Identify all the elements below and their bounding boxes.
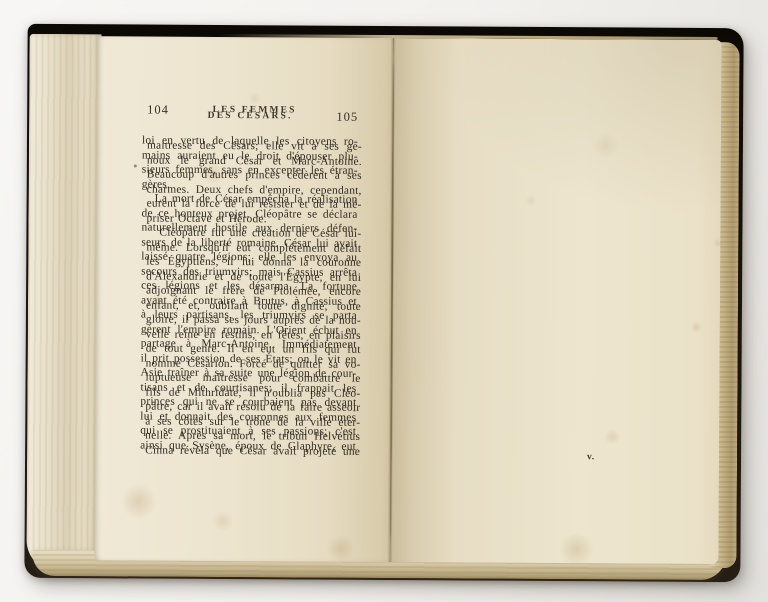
text-line: mains auraient eu le droit d'épouser plu… <box>142 148 358 164</box>
text-line: La mort de César empêcha la réalisation <box>142 192 358 208</box>
text-line: partage à Marc-Antoine. Immédiatement <box>141 337 357 353</box>
ink-speck <box>134 164 137 167</box>
text-line: ces légions et les désarma. La fortune <box>141 279 357 295</box>
text-line: tisans et de courtisanes; il frappait le… <box>140 380 356 396</box>
foxing-stain <box>119 484 159 518</box>
foxing-stain <box>200 162 226 184</box>
foxing-stain <box>146 293 166 311</box>
text-line: secours des triumvirs; mais Cassius arrê… <box>141 264 357 280</box>
foxing-stain <box>712 238 723 248</box>
foxing-stain <box>591 133 621 157</box>
page-number-right: 105 <box>336 110 358 125</box>
foxing-stain <box>690 322 703 333</box>
foxing-stain <box>556 533 596 565</box>
foxing-stain <box>324 536 356 562</box>
page-right <box>390 38 721 564</box>
text-line: qui se prostituaient à ses passions; c'e… <box>140 424 356 440</box>
text-line: princes qui ne se courbaient pas devant <box>140 395 356 411</box>
text-line: naturellement hostile aux derniers défen… <box>141 221 357 237</box>
page-stack-left-edge <box>26 34 101 572</box>
text-line: ainsi que Sysène, époux de Glaphyre, eut <box>140 438 356 454</box>
signature-mark: v. <box>587 452 595 462</box>
foxing-stain <box>525 195 538 206</box>
text-line: seurs de la liberté romaine. César lui a… <box>141 235 357 251</box>
text-line: laissé quatre légions; elle les envoya a… <box>141 250 357 266</box>
scanned-book-photo: 104 LES FEMMES maitresse des Césars; ell… <box>0 0 768 602</box>
text-line: sieurs femmes, sans en excepter les étra… <box>142 163 358 179</box>
text-line: à leurs partisans, les triumvirs se part… <box>141 308 357 324</box>
book: 104 LES FEMMES maitresse des Césars; ell… <box>24 24 743 582</box>
running-head-right: DES CÉSARS. 105 <box>142 111 358 122</box>
running-header-right: DES CÉSARS. <box>142 111 358 122</box>
text-line: Asie traîner à sa suite une légion de co… <box>141 366 357 382</box>
foxing-stain <box>211 511 235 531</box>
text-line: gèrent l'empire romain. L'Orient échut e… <box>141 322 357 338</box>
ink-speck <box>353 410 355 412</box>
text-line: il prit possession de ses États; on le v… <box>141 351 357 367</box>
text-line: gères. <box>142 177 358 193</box>
text-column-right: loi en vertu de laquelle les citoyens ro… <box>140 134 358 454</box>
text-line: loi en vertu de laquelle les citoyens ro… <box>142 134 358 150</box>
foxing-stain <box>603 429 621 444</box>
text-line: lui et donnait des couronnes aux femmes <box>140 409 356 425</box>
foxing-stain <box>247 92 262 104</box>
text-line: de ce honteux projet. Cléopâtre se décla… <box>141 206 357 222</box>
text-line: ayant été contraire à Brutus, à Cassius … <box>141 293 357 309</box>
page-spread: 104 LES FEMMES maitresse des Césars; ell… <box>94 36 721 564</box>
